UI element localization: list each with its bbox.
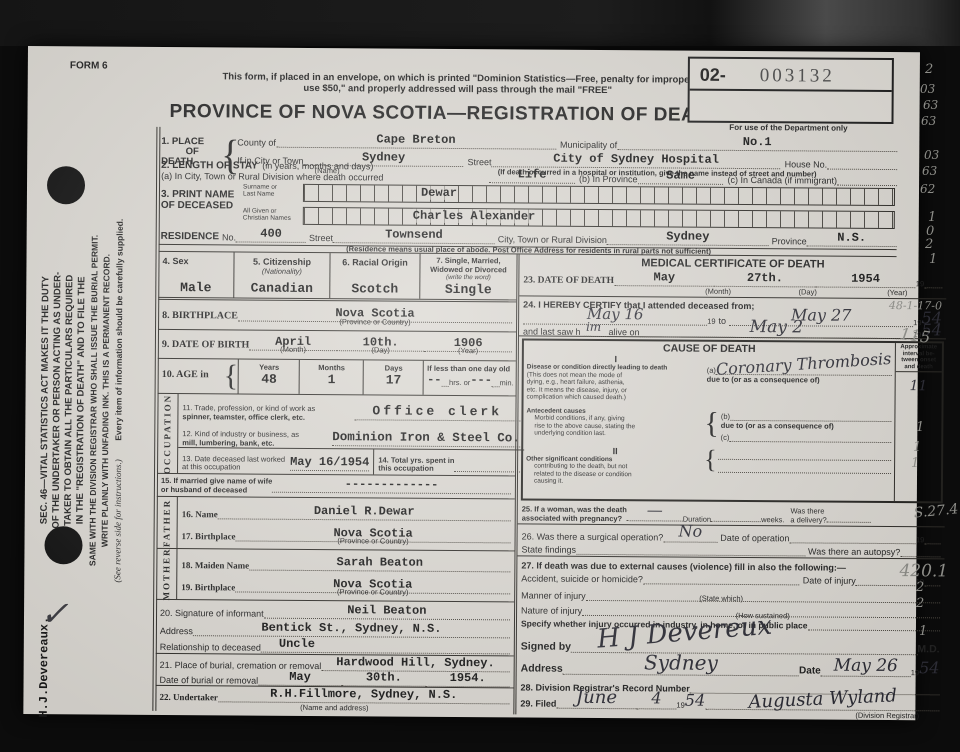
dob-year-sub: (Year) <box>424 346 512 356</box>
age-months-value: 1 <box>300 372 363 387</box>
filed-month: June <box>576 687 617 708</box>
age-less-than-day-cell: If less than one day old -- hrs. or --- … <box>424 361 516 396</box>
municipality-value: No.1 <box>743 135 772 149</box>
mother-birthplace-label: 19. Birthplace <box>181 582 235 592</box>
filed-day: 4 <box>651 688 661 707</box>
margin-annotation: 1 <box>913 440 921 455</box>
father-vertical-label: FATHER <box>156 497 177 548</box>
lastsaw-label2: alive on <box>609 327 640 337</box>
delivery-label-line: Was there <box>790 506 826 515</box>
field-9-date-of-birth: 9. DATE OF BIRTH April (Month) 10th. (Da… <box>158 330 516 361</box>
pencil-code-s27: S.27.4 <box>913 501 959 521</box>
field-26-operation: 26. Was there a surgical operation? No D… <box>517 524 944 559</box>
margin-annotation: 2 <box>916 596 924 611</box>
surname-sublabel-line: Last Name <box>243 191 277 198</box>
margin-annotation: 62 <box>920 182 935 196</box>
residence-street-label: Street <box>309 233 333 243</box>
margin-annotation: 03 <box>924 148 939 162</box>
age-months-label: Months <box>300 363 363 372</box>
interval-header: Approximate interval be- tween onset and… <box>896 343 942 372</box>
undertaker-value: R.H.Fillmore, Sydney, N.S. <box>270 687 457 702</box>
margin-annotation: 115 <box>899 324 932 347</box>
personal-particulars-column: 4. Sex Male 5. Citizenship (Nationality)… <box>155 252 516 714</box>
margin-annotation: 1 <box>911 456 919 471</box>
registration-number-box: 02- 003132 <box>687 57 893 124</box>
date-of-death-label: 23. DATE OF DEATH <box>523 275 614 286</box>
nature-label: Nature of injury <box>521 605 582 615</box>
date-of-death-day: 27th. <box>747 271 783 285</box>
interval-a-value: 11 <box>895 378 941 394</box>
field-29-filed: 29. Filed June 4 19 54 Augusta Wyland (D… <box>516 692 943 721</box>
signed-date-label: Date <box>799 665 821 676</box>
given-names-sublabel-line: Christian Names <box>243 215 291 222</box>
operation-value: No <box>678 522 702 541</box>
signed-date-19: 19 <box>911 668 919 677</box>
field-23-date-of-death: 23. DATE OF DEATH May 27th. 1954 19 (Mon… <box>519 270 946 299</box>
dob-label: 9. DATE OF BIRTH <box>162 339 250 351</box>
field-12: 12. Kind of industry or business, as mil… <box>178 421 524 449</box>
scanned-death-certificate-page: { "misc": { "form_no": "FORM 6", "side_l… <box>0 0 960 752</box>
age-days-label: Days <box>364 363 423 372</box>
citizenship-sublabel: (Nationality) <box>234 266 329 276</box>
dod-year-sub: (Year) <box>852 288 942 298</box>
division-registrar-signature: Augusta Wyland <box>748 685 897 713</box>
mother-vertical-label-text: MOTHER <box>161 547 171 600</box>
age-days-cell: Days 17 <box>364 360 424 394</box>
mail-notice: This form, if placed in an envelope, on … <box>178 71 738 97</box>
surname-sublabel: Surname or Last Name <box>243 184 277 198</box>
undertaker-label: 22. Undertaker <box>159 692 218 702</box>
surname-comb-boxes <box>303 184 895 206</box>
margin-annotation: 03 <box>920 82 935 96</box>
residence-city-value: Sydney <box>666 229 709 243</box>
physician-signature-block: H J Devereux Signed by M.D. Address Sydn… <box>517 630 944 683</box>
cause-section-2: II Other significant conditions contribu… <box>526 445 891 488</box>
findings-label: State findings <box>521 544 576 554</box>
occupation-vertical-label: OCCUPATION <box>157 394 179 473</box>
county-value: Cape Breton <box>376 132 455 147</box>
occupation-block: OCCUPATION 11. Trade, profession, or kin… <box>157 394 516 476</box>
margin-annotation: 1 <box>916 420 924 435</box>
fields-4-7-row: 4. Sex Male 5. Citizenship (Nationality)… <box>158 252 516 302</box>
racial-origin-label: 6. Racial Origin <box>330 257 419 268</box>
dob-day-sub: (Day) <box>337 345 425 355</box>
field-22-undertaker: 22. Undertaker R.H.Fillmore, Sydney, N.S… <box>155 686 513 714</box>
surname-value: Dewar <box>421 186 457 200</box>
age-min-value: --- <box>470 373 492 387</box>
pencil-code-420: 420.1 <box>899 561 948 581</box>
margin-annotation: 1 <box>919 624 927 639</box>
autopsy-label: Was there an autopsy? <box>808 546 900 557</box>
age-brace: { <box>224 359 239 393</box>
md-label: M.D. <box>917 643 939 655</box>
cause-of-death-box: CAUSE OF DEATH I Disease or condition di… <box>521 338 944 503</box>
field-13: 13. Date deceased last worked at this oc… <box>178 448 373 475</box>
father-name-value: Daniel R.Dewar <box>314 504 415 519</box>
field-3-label-line: 3. PRINT NAME <box>161 189 234 201</box>
age-hrs-label: hrs. or <box>449 378 470 387</box>
field-12-value: Dominion Iron & Steel Co. <box>332 430 520 445</box>
date-of-death-year: 1954 <box>851 272 880 286</box>
field-13-value: May 16/1954 <box>290 455 369 470</box>
residence-city-label: City, Town or Rural Division <box>498 234 607 245</box>
date-of-death-month: May <box>653 270 675 284</box>
margin-annotation: 63 <box>922 164 937 178</box>
field-10-age: 10. AGE in { Years 48 Months 1 Days 17 I… <box>158 359 516 396</box>
date-of-death-19: 19 <box>916 279 924 288</box>
residence-province-label: Province <box>772 236 807 246</box>
form-number: FORM 6 <box>70 60 108 71</box>
injury-date-label: Date of injury <box>803 575 856 585</box>
cause-a-label: (a) <box>707 366 716 375</box>
margin-annotation: 1 <box>928 210 936 225</box>
field-25-pregnancy: 25. If a woman, was the death associated… <box>518 500 945 527</box>
age-months-cell: Months 1 <box>300 360 364 394</box>
marital-sublabel: (write the word) <box>420 274 516 282</box>
occupation-vertical-label-text: OCCUPATION <box>162 393 173 473</box>
field-11-value: Office clerk <box>372 404 502 420</box>
cause-dueto2: due to (or as a consequence of) <box>721 420 891 430</box>
cause-section-1: I Disease or condition directly leading … <box>527 353 892 403</box>
field-19-mother-birthplace: 19. Birthplace Nova Scotia (Province or … <box>181 573 510 601</box>
field-14: 14. Total yrs. spent in this occupation <box>373 449 523 475</box>
field-13-label-line: at this occupation <box>182 464 290 473</box>
side-instructions-italic: (See reverse side for instructions.) <box>111 459 124 582</box>
margin-annotation: 2 <box>925 62 933 77</box>
field-3-label-line: OF DECEASED <box>161 200 234 212</box>
informant-address-label: Address <box>160 626 193 636</box>
residence-no-value: 400 <box>260 227 282 241</box>
checkmark-mark: ✓ <box>40 594 69 634</box>
father-block: FATHER 16. Name Daniel R.Dewar 17. Birth… <box>156 497 514 551</box>
age-hrs-value: -- <box>427 373 442 387</box>
operation-date-label: Date of operation <box>720 533 789 543</box>
field-3-label: 3. PRINT NAME OF DECEASED <box>161 189 234 212</box>
field-18-mother-maiden-name: 18. Maiden Name Sarah Beaton <box>181 549 510 575</box>
physician-address-value: Sydney <box>644 650 718 675</box>
residence-street-value: Townsend <box>385 227 443 241</box>
form-columns: 4. Sex Male 5. Citizenship (Nationality)… <box>155 251 896 717</box>
scan-dark-top-edge <box>0 0 960 46</box>
page-title: PROVINCE OF NOVA SCOTIA—REGISTRATION OF … <box>169 101 720 127</box>
cause-section-antecedent: Antecedent causes Morbid conditions, if … <box>526 407 891 443</box>
age-min-label: min. <box>499 378 513 387</box>
filed-19: 19 <box>676 701 684 710</box>
birthplace-subnote: (Province or Country) <box>238 316 512 327</box>
given-names-value: Charles Alexander <box>413 209 536 224</box>
sex-value: Male <box>158 280 233 296</box>
medical-certificate-column: MEDICAL CERTIFICATE OF DEATH 23. DATE OF… <box>513 254 946 717</box>
interval-header-line: tween onset <box>896 357 942 364</box>
margin-annotation: 2 <box>925 237 933 252</box>
field-2-length-of-stay: 2. LENGTH OF STAY (in years, months and … <box>161 161 897 186</box>
field-2b-value: Same <box>666 168 695 182</box>
field-24-certify: 24. I HEREBY CERTIFY that I attended dec… <box>519 296 946 339</box>
given-names-sublabel: All Given or Christian Names <box>243 208 291 222</box>
accident-label: Accident, suicide or homicide? <box>521 573 643 584</box>
side-instructions: SEC. 46—VITAL STATISTICS ACT MAKES IT TH… <box>38 135 138 666</box>
residence-no-label: No. <box>222 232 236 242</box>
mother-maiden-value: Sarah Beaton <box>337 555 424 570</box>
field-15-spouse: 15. If married give name of wife or husb… <box>157 474 515 499</box>
field-8-birthplace: 8. BIRTHPLACE Nova Scotia (Province or C… <box>158 300 516 332</box>
dod-day-sub: (Day) <box>763 287 853 297</box>
weeks-label: weeks. <box>761 515 784 524</box>
field-2-label: 2. LENGTH OF STAY <box>161 160 258 172</box>
father-name-label: 16. Name <box>182 509 218 519</box>
fields-13-14-row: 13. Date deceased last worked at this oc… <box>178 447 524 476</box>
margin-annotation: 1 <box>929 252 937 267</box>
delivery-label-line: a delivery? <box>790 515 826 524</box>
signed-date-year: 54 <box>919 658 939 677</box>
field-15-label-line: or husband of deceased <box>161 485 272 495</box>
age-years-value: 48 <box>239 371 299 386</box>
field-16-father-name: 16. Name Daniel R.Dewar <box>182 497 511 524</box>
antecedent-brace: { <box>704 408 719 438</box>
other-conditions-brace: { <box>704 446 717 472</box>
signed-date-value: May 26 <box>834 656 898 676</box>
side-instructions-line: Every item of information should be care… <box>113 219 125 441</box>
registration-number-stamp: 003132 <box>760 65 835 88</box>
citizenship-label: 5. Citizenship <box>234 256 329 267</box>
lastsaw-value: May 2 <box>750 317 804 337</box>
cause-a-value: Coronary Thrombosis <box>716 349 892 379</box>
father-birthplace-sub: (Province or Country) <box>236 535 511 546</box>
age-years-cell: Years 48 <box>238 359 300 393</box>
field-2c-label: (c) In Canada (if immigrant) <box>728 175 838 186</box>
age-days-value: 17 <box>364 372 423 387</box>
marital-value: Single <box>420 282 516 298</box>
sex-label: 4. Sex <box>158 256 233 267</box>
filed-year: 54 <box>685 691 705 710</box>
registration-prefix: 02- <box>700 65 726 86</box>
cause-para1-line: complication which caused death.) <box>527 393 705 402</box>
registration-box-blank-row <box>690 89 892 114</box>
father-vertical-label-text: FATHER <box>162 498 172 546</box>
mother-birthplace-sub: (Province or Country) <box>235 586 510 597</box>
informant-value: Neil Beaton <box>347 603 426 618</box>
county-label: County of <box>237 137 276 147</box>
cause-para2-line: underlying condition last. <box>526 429 704 438</box>
burial-date-year: 1954. <box>450 671 486 685</box>
burial-date-day: 30th. <box>366 670 402 684</box>
field-7-marital-status: 7. Single, Married, Widowed or Divorced … <box>420 254 516 300</box>
pregnancy-dash: — <box>647 500 663 519</box>
field-2a-label: (a) In City, Town or Rural Division wher… <box>161 171 489 183</box>
mother-vertical-label: MOTHER <box>156 549 177 599</box>
side-instructions-line: WRITE PLAINLY WITH UNFADING INK. THIS IS… <box>98 136 114 666</box>
residence-province-value: N.S. <box>837 231 866 245</box>
interval-header-line: and death <box>896 364 942 371</box>
manner-label: Manner of injury <box>521 590 586 600</box>
citizenship-value: Canadian <box>234 280 329 296</box>
dob-month-sub: (Month) <box>249 345 337 355</box>
field-14-label-line: this occupation <box>378 465 454 474</box>
lastsaw-label1: and last saw h <box>523 326 581 336</box>
racial-origin-value: Scotch <box>330 281 419 297</box>
margin-annotation: 63 <box>921 114 936 128</box>
birthplace-label: 8. BIRTHPLACE <box>162 310 238 322</box>
margin-annotation: 2 <box>916 580 924 595</box>
mother-block: MOTHER 18. Maiden Name Sarah Beaton 19. … <box>156 549 514 602</box>
filed-label: 29. Filed <box>520 698 556 708</box>
cause-b-label: (b) <box>721 411 730 420</box>
field-6-racial-origin: 6. Racial Origin Scotch <box>330 253 420 299</box>
margin-annotation: 63 <box>923 98 938 112</box>
informant-relationship-label: Relationship to deceased <box>160 642 261 653</box>
dod-month-sub: (Month) <box>673 287 763 297</box>
physician-address-label: Address <box>521 662 563 674</box>
field-15-value: ------------- <box>345 477 439 492</box>
field-17-father-birthplace: 17. Birthplace Nova Scotia (Province or … <box>181 522 510 550</box>
cause-para3-line: causing it. <box>526 477 704 486</box>
field-2a-value: Life <box>518 167 547 181</box>
field-25-label-line: associated with pregnancy? <box>522 513 627 523</box>
age-years-label: Years <box>239 362 299 371</box>
age-label: 10. AGE in <box>158 359 224 393</box>
side-typed-signature: H.J.Devereaux. <box>37 553 52 718</box>
residence-label: RESIDENCE <box>161 231 219 242</box>
field-11: 11. Trade, profession, or kind of work a… <box>178 394 524 424</box>
operation-19: 19 <box>916 535 924 544</box>
burial-date-month: May <box>289 670 311 684</box>
field-2-paren: (in years, months and days) <box>262 161 373 172</box>
cause-c-label: (c) <box>721 432 730 441</box>
lastsaw-him: im <box>586 320 601 334</box>
field-20-informant: 20. Signature of informant Neil Beaton A… <box>156 600 514 656</box>
field-5-citizenship: 5. Citizenship (Nationality) Canadian <box>234 252 330 298</box>
field-2b-label: (b) In Province <box>579 174 638 184</box>
informant-relationship-value: Uncle <box>279 637 315 651</box>
certificate-paper: FORM 6 SEC. 46—VITAL STATISTICS ACT MAKE… <box>23 46 920 720</box>
mother-maiden-label: 18. Maiden Name <box>181 560 249 570</box>
operation-label: 26. Was there a surgical operation? <box>522 531 664 542</box>
father-birthplace-label: 17. Birthplace <box>182 531 236 541</box>
field-4-sex: 4. Sex Male <box>158 252 234 298</box>
